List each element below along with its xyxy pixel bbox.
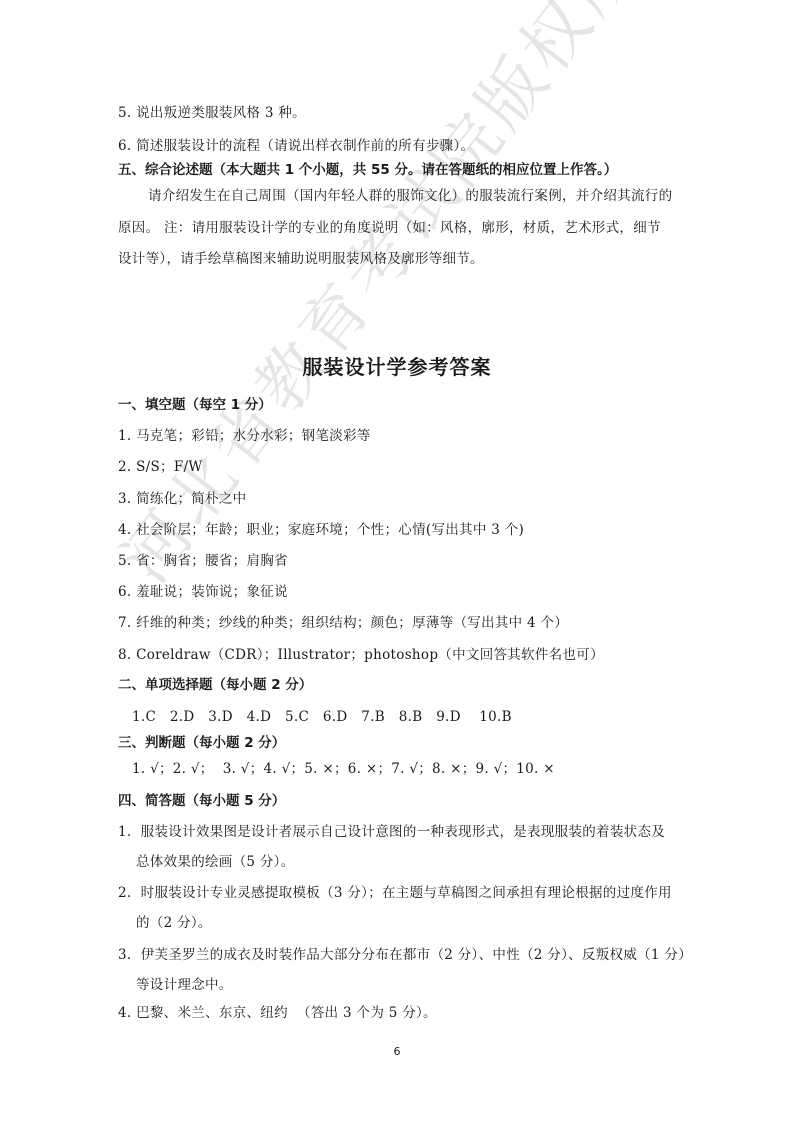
true-false-answers: 1. √；2. √； 3. √；4. √；5. ×；6. ×；7. √；8. ×… bbox=[132, 760, 555, 778]
short-answer-3-line-1: 3. 伊芙圣罗兰的成衣及时装作品大部分分布在都市（2 分）、中性（2 分）、反叛… bbox=[118, 946, 692, 964]
fill-blank-answer-7: 7. 纤维的种类；纱线的种类；组织结构；颜色；厚薄等（写出其中 4 个） bbox=[118, 614, 568, 632]
short-answer-4: 4. 巴黎、米兰、东京、纽约 （答出 3 个为 5 分）。 bbox=[118, 1004, 437, 1022]
copyright-watermark: 河北省教育考试院版权所有 bbox=[95, 0, 702, 598]
fill-blank-answer-4: 4. 社会阶层；年龄；职业；家庭环境；个性；心情(写出其中 3 个) bbox=[118, 521, 524, 539]
section-5-body-line-1: 请介绍发生在自己周围（国内年轻人群的服饰文化）的服装流行案例，并介绍其流行的 bbox=[148, 187, 672, 205]
section-1-heading: 一、填空题（每空 1 分） bbox=[118, 396, 272, 414]
fill-blank-answer-6: 6. 羞耻说；装饰说；象征说 bbox=[118, 583, 288, 601]
page-number: 6 bbox=[0, 1045, 794, 1058]
section-5-body-line-3: 设计等），请手绘草稿图来辅助说明服装风格及廓形等细节。 bbox=[118, 250, 484, 268]
question-5: 5. 说出叛逆类服装风格 3 种。 bbox=[118, 104, 306, 122]
fill-blank-answer-3: 3. 简练化；简朴之中 bbox=[118, 490, 246, 508]
section-2-heading: 二、单项选择题（每小题 2 分） bbox=[118, 676, 312, 694]
fill-blank-answer-2: 2. S/S；F/W bbox=[118, 458, 203, 476]
section-5-body-line-2: 原因。 注：请用服装设计学的专业的角度说明（如：风格，廓形，材质，艺术形式，细节 bbox=[118, 219, 661, 237]
multiple-choice-answers: 1.C 2.D 3.D 4.D 5.C 6.D 7.B 8.B 9.D 10.B bbox=[132, 708, 512, 726]
short-answer-1-line-2: 总体效果的绘画（5 分）。 bbox=[136, 853, 295, 871]
short-answer-2-line-1: 2. 时服装设计专业灵感提取模板（3 分）；在主题与草稿图之间承担有理论根据的过… bbox=[118, 884, 672, 902]
answer-key-title: 服装设计学参考答案 bbox=[0, 354, 794, 380]
document-page: 河北省教育考试院版权所有 5. 说出叛逆类服装风格 3 种。 6. 简述服装设计… bbox=[0, 0, 794, 1123]
section-5-heading: 五、综合论述题（本大题共 1 个小题，共 55 分。请在答题纸的相应位置上作答。… bbox=[118, 161, 617, 179]
section-3-heading: 三、判断题（每小题 2 分） bbox=[118, 734, 285, 752]
question-6: 6. 简述服装设计的流程（请说出样衣制作前的所有步骤）。 bbox=[118, 137, 474, 155]
short-answer-3-line-2: 等设计理念中。 bbox=[136, 976, 233, 994]
short-answer-1-line-1: 1. 服装设计效果图是设计者展示自己设计意图的一种表现形式，是表现服装的着装状态… bbox=[118, 823, 665, 841]
short-answer-2-line-2: 的（2 分）。 bbox=[136, 914, 212, 932]
section-4-heading: 四、简答题（每小题 5 分） bbox=[118, 792, 285, 810]
fill-blank-answer-5: 5. 省：胸省；腰省；肩胸省 bbox=[118, 552, 288, 570]
fill-blank-answer-8: 8. Coreldraw（CDR）；Illustrator；photoshop（… bbox=[118, 646, 604, 664]
fill-blank-answer-1: 1. 马克笔；彩铅；水分水彩；钢笔淡彩等 bbox=[118, 427, 371, 445]
